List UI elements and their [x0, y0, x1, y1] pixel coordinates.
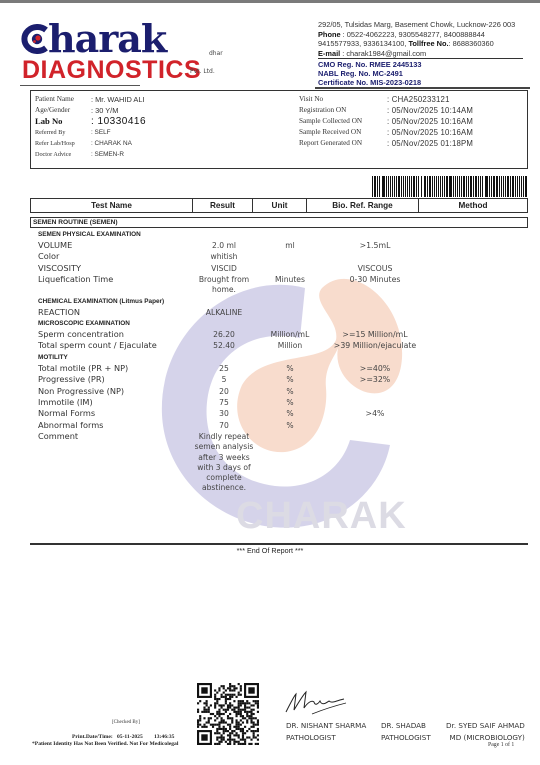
doctor-3-name: Dr. SYED SAIF AHMAD [446, 720, 525, 732]
test-ref-range [320, 307, 430, 318]
result-row: Non Progressive (NP)20% [38, 386, 528, 397]
test-ref-range: VISCOUS [320, 263, 430, 274]
barcode-bar [459, 176, 460, 197]
field-value: : CHA250233121 [387, 94, 450, 105]
barcode-bar [386, 176, 387, 197]
test-unit: % [260, 374, 320, 385]
barcode-bar [505, 176, 506, 197]
results-table-header: Test Name Result Unit Bio. Ref. Range Me… [30, 198, 528, 213]
barcode-bar [374, 176, 376, 197]
field-label: Sample Received ON [299, 127, 387, 138]
field-label: Sample Collected ON [299, 116, 387, 127]
doctor-3: Dr. SYED SAIF AHMAD MD (MICROBIOLOGY) [446, 720, 525, 743]
test-unit [260, 431, 320, 493]
barcode-bar [501, 176, 502, 197]
result-row: Total sperm count / Ejaculate52.40Millio… [38, 340, 528, 351]
barcode-bar [411, 176, 412, 197]
barcode-bar [438, 176, 439, 197]
barcode-bar [405, 176, 406, 197]
patient-field: Lab No: 10330416 [35, 116, 146, 127]
barcode-bar [429, 176, 431, 197]
barcode-bar [446, 176, 448, 197]
barcode-bar [496, 176, 498, 197]
field-label: Registration ON [299, 105, 387, 116]
barcode-bar [382, 176, 383, 197]
test-ref-range [320, 397, 430, 408]
test-result: 5 [188, 374, 260, 385]
barcode-bar [470, 176, 472, 197]
test-ref-range: >=15 Million/mL [320, 329, 430, 340]
visit-info-right: Visit No: CHA250233121Registration ON: 0… [299, 94, 473, 149]
test-name: Color [38, 251, 188, 262]
test-unit: % [260, 408, 320, 419]
barcode-bar [499, 176, 501, 197]
test-name: Comment [38, 431, 188, 493]
test-result: 26.20 [188, 329, 260, 340]
test-name: VISCOSITY [38, 263, 188, 274]
test-result: 52.40 [188, 340, 260, 351]
barcode-bar [521, 176, 522, 197]
doctor-2-title: PATHOLOGIST [381, 732, 431, 744]
test-name: VOLUME [38, 240, 188, 251]
field-value: : 05/Nov/2025 01:18PM [387, 138, 473, 149]
group-heading: MOTILITY [38, 352, 528, 363]
brand-suffix: dhar [209, 50, 223, 57]
barcode-bar [478, 176, 479, 197]
test-result: 75 [188, 397, 260, 408]
visit-field: Sample Collected ON: 05/Nov/2025 10:16AM [299, 116, 473, 127]
header-unit: Unit [253, 199, 307, 212]
test-name: Non Progressive (NP) [38, 386, 188, 397]
test-name: Abnormal forms [38, 420, 188, 431]
test-unit: % [260, 397, 320, 408]
test-unit: Million [260, 340, 320, 351]
test-result: ALKALINE [188, 307, 260, 318]
test-unit [260, 251, 320, 262]
barcode-bar [466, 176, 467, 197]
barcode-bar [392, 176, 393, 197]
group-heading: CHEMICAL EXAMINATION (Litmus Paper) [38, 296, 528, 307]
barcode-bar [403, 176, 404, 197]
barcode-bar [457, 176, 458, 197]
barcode-bar [485, 176, 486, 197]
brand-name: harak [48, 16, 166, 61]
barcode-bar [427, 176, 428, 197]
visit-field: Report Generated ON: 05/Nov/2025 01:18PM [299, 138, 473, 149]
barcode-bar [493, 176, 495, 197]
qr-code-icon [197, 683, 259, 745]
result-row: VISCOSITYVISCIDVISCOUS [38, 263, 528, 274]
barcode-bar [468, 176, 470, 197]
barcode-bar [525, 176, 527, 197]
page-number: Page 1 of 1 [488, 742, 514, 748]
barcode-bar [434, 176, 436, 197]
test-ref-range: >=40% [320, 363, 430, 374]
barcode-bar [394, 176, 396, 197]
test-unit [260, 307, 320, 318]
field-label: Doctor Advice [35, 149, 91, 160]
test-name: Immotile (IM) [38, 397, 188, 408]
test-unit: % [260, 386, 320, 397]
identity-disclaimer: *Patient Identity Has Not Been Verified.… [32, 741, 178, 747]
result-row: Total motile (PR + NP)25%>=40% [38, 363, 528, 374]
barcode-bar [418, 176, 420, 197]
test-unit: Minutes [260, 274, 320, 295]
cmo-reg: CMO Reg. No. RMEE 2445133 [318, 60, 523, 69]
test-ref-range [320, 420, 430, 431]
barcode-bar [512, 176, 514, 197]
group-heading: SEMEN PHYSICAL EXAMINATION [38, 229, 528, 240]
test-result: VISCID [188, 263, 260, 274]
field-value: : 10330416 [91, 116, 146, 127]
header-test-name: Test Name [31, 199, 193, 212]
patient-field: Doctor Advice: SEMEN-R [35, 149, 146, 160]
lab-phones-2: 9415577933, 9336134100, Tollfree No.: 86… [318, 39, 528, 49]
test-ref-range: >39 Million/ejaculate [320, 340, 430, 351]
lab-email: E-mail : charak1984@gmail.com [318, 49, 528, 59]
result-row: REACTIONALKALINE [38, 307, 528, 318]
result-row: VOLUME2.0 mlml>1.5mL [38, 240, 528, 251]
barcode-bar [450, 176, 452, 197]
field-value: : 05/Nov/2025 10:14AM [387, 105, 473, 116]
lab-contact-info: 292/05, Tulsidas Marg, Basement Chowk, L… [318, 20, 528, 58]
barcode-bar [425, 176, 426, 197]
print-datetime: Print.Date/Time: 05-11-2025 13:46:35 [72, 734, 174, 740]
doctor-1: DR. NISHANT SHARMA PATHOLOGIST [286, 720, 366, 743]
header-divider [20, 85, 140, 86]
test-result: Brought from home. [193, 274, 255, 295]
test-unit [260, 263, 320, 274]
header-method: Method [419, 199, 527, 212]
barcode-bar [503, 176, 504, 197]
barcode-bar [390, 176, 391, 197]
test-name: Total sperm count / Ejaculate [38, 340, 188, 351]
test-result: 25 [188, 363, 260, 374]
patient-field: Age/Gender: 30 Y/M [35, 105, 146, 116]
result-row: Liquefication TimeBrought from home.Minu… [38, 274, 528, 295]
end-divider [30, 543, 528, 545]
registration-block: CMO Reg. No. RMEE 2445133 NABL Reg. No. … [318, 58, 523, 88]
test-name: Total motile (PR + NP) [38, 363, 188, 374]
barcode-bar [444, 176, 445, 197]
sub-brand: DIAGNOSTICS [22, 56, 201, 85]
barcode-bar [401, 176, 402, 197]
test-unit: Million/mL [260, 329, 320, 340]
barcode-bar [442, 176, 443, 197]
barcode-bar [473, 176, 474, 197]
test-name: Sperm concentration [38, 329, 188, 340]
field-label: Lab No [35, 116, 91, 127]
field-value: : 05/Nov/2025 10:16AM [387, 127, 473, 138]
test-result: 2.0 ml [188, 240, 260, 251]
barcode-bar [372, 176, 373, 197]
barcode-bar [398, 176, 400, 197]
barcode-bar [377, 176, 378, 197]
barcode-bar [440, 176, 441, 197]
test-unit: % [260, 363, 320, 374]
test-result: 70 [188, 420, 260, 431]
legal-suffix: Pvt. Ltd. [190, 68, 215, 75]
barcode-bar [416, 176, 417, 197]
test-ref-range: >4% [320, 408, 430, 419]
barcode-bar [486, 176, 488, 197]
barcode-bar [463, 176, 465, 197]
test-ref-range: 0-30 Minutes [320, 274, 430, 295]
barcode-bar [489, 176, 490, 197]
patient-field: Refer Lab/Hosp: CHARAK NA [35, 138, 146, 149]
test-ref-range [320, 386, 430, 397]
field-value: : SELF [91, 127, 111, 138]
test-name: Progressive (PR) [38, 374, 188, 385]
barcode-bar [413, 176, 415, 197]
barcode-bar [475, 176, 477, 197]
header-bio-ref-range: Bio. Ref. Range [307, 199, 419, 212]
barcode-bar [453, 176, 454, 197]
test-ref-range [320, 431, 430, 493]
doctor-1-title: PATHOLOGIST [286, 732, 366, 744]
doctor-1-name: DR. NISHANT SHARMA [286, 720, 366, 732]
barcode-bar [461, 176, 462, 197]
field-value: : 05/Nov/2025 10:16AM [387, 116, 473, 127]
lab-address: 292/05, Tulsidas Marg, Basement Chowk, L… [318, 20, 528, 30]
test-result: 20 [188, 386, 260, 397]
patient-field: Referred By: SELF [35, 127, 146, 138]
barcode-bar [491, 176, 492, 197]
field-label: Refer Lab/Hosp [35, 138, 91, 149]
doctor-2-name: DR. SHADAB [381, 720, 431, 732]
test-name: Normal Forms [38, 408, 188, 419]
field-label: Visit No [299, 94, 387, 105]
barcode-bar [455, 176, 456, 197]
field-value: : Mr. WAHID ALI [91, 94, 145, 105]
barcode-bar [507, 176, 509, 197]
test-ref-range: >=32% [320, 374, 430, 385]
test-ref-range: >1.5mL [320, 240, 430, 251]
field-value: : CHARAK NA [91, 138, 132, 149]
doctor-2: DR. SHADAB PATHOLOGIST [381, 720, 431, 743]
test-name: Liquefication Time [38, 274, 188, 295]
result-row: Normal Forms30%>4% [38, 408, 528, 419]
barcode-bar [379, 176, 381, 197]
result-row: CommentKindly repeat semen analysis afte… [38, 431, 528, 493]
field-label: Report Generated ON [299, 138, 387, 149]
test-result: 30 [188, 408, 260, 419]
barcode-bar [523, 176, 524, 197]
signature-icon [282, 688, 352, 718]
result-row: Colorwhitish [38, 251, 528, 262]
barcode [372, 176, 528, 197]
field-value: : 30 Y/M [91, 105, 118, 116]
barcode-bar [519, 176, 520, 197]
barcode-bar [515, 176, 516, 197]
charak-logo: harak dhar DIAGNOSTICS Pvt. Ltd. [20, 22, 270, 82]
test-ref-range [320, 251, 430, 262]
patient-field: Patient Name: Mr. WAHID ALI [35, 94, 146, 105]
barcode-bar [449, 176, 450, 197]
nabl-reg: NABL Reg. No. MC-2491 [318, 69, 523, 78]
barcode-bar [424, 176, 425, 197]
barcode-bar [407, 176, 409, 197]
barcode-bar [482, 176, 484, 197]
patient-info-left: Patient Name: Mr. WAHID ALIAge/Gender: 3… [35, 94, 146, 160]
watermark-text: CHARAK [236, 495, 407, 537]
barcode-bar [480, 176, 481, 197]
test-result: whitish [188, 251, 260, 262]
test-unit: % [260, 420, 320, 431]
section-title: SEMEN ROUTINE (SEMEN) [30, 217, 528, 228]
barcode-bar [517, 176, 519, 197]
test-result: Kindly repeat semen analysis after 3 wee… [193, 431, 255, 493]
barcode-bar [432, 176, 433, 197]
results-body: SEMEN PHYSICAL EXAMINATIONVOLUME2.0 mlml… [38, 229, 528, 494]
header-rule [315, 87, 530, 89]
field-label: Age/Gender [35, 105, 91, 116]
test-name: REACTION [38, 307, 188, 318]
field-label: Referred By [35, 127, 91, 138]
result-row: Abnormal forms70% [38, 420, 528, 431]
barcode-bar [409, 176, 410, 197]
field-value: : SEMEN-R [91, 149, 124, 160]
barcode-bar [436, 176, 437, 197]
test-unit: ml [260, 240, 320, 251]
visit-field: Registration ON: 05/Nov/2025 10:14AM [299, 105, 473, 116]
result-row: Progressive (PR)5%>=32% [38, 374, 528, 385]
checked-by: [Checked By] [112, 720, 140, 725]
barcode-bar [388, 176, 389, 197]
visit-field: Sample Received ON: 05/Nov/2025 10:16AM [299, 127, 473, 138]
barcode-bar [396, 176, 397, 197]
lab-phones: Phone : 0522-4062223, 9305548277, 840088… [318, 30, 528, 40]
group-heading: MICROSCOPIC EXAMINATION [38, 318, 528, 329]
header-result: Result [193, 199, 253, 212]
barcode-bar [383, 176, 385, 197]
patient-details-box: Patient Name: Mr. WAHID ALIAge/Gender: 3… [30, 90, 528, 169]
barcode-bar [421, 176, 423, 197]
end-of-report: *** End Of Report *** [0, 546, 540, 555]
barcode-bar [510, 176, 512, 197]
top-border [0, 0, 540, 3]
result-row: Immotile (IM)75% [38, 397, 528, 408]
visit-field: Visit No: CHA250233121 [299, 94, 473, 105]
result-row: Sperm concentration26.20Million/mL>=15 M… [38, 329, 528, 340]
field-label: Patient Name [35, 94, 91, 105]
